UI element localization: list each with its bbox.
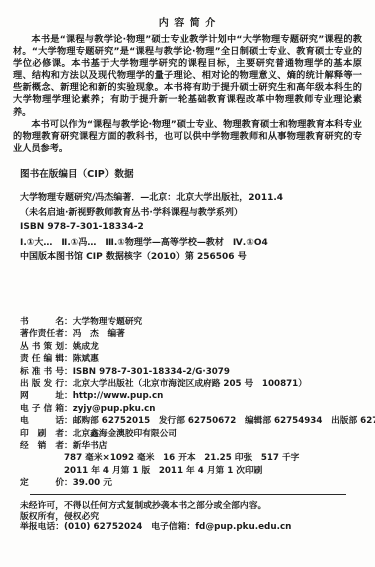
row-label: 网址： xyxy=(20,390,73,402)
row-label: 定价： xyxy=(20,477,73,489)
colophon: 书名：大学物理专题研究 著作责任者：冯 杰 编著 丛书策划：姚成龙 责任编辑：陈… xyxy=(20,316,369,490)
cip-classification: Ⅰ.①大… Ⅱ.①冯… Ⅲ.①物理学—高等学校—教材 Ⅳ.①O4 xyxy=(20,236,363,251)
summary-paragraph-2: 本书可以作为“课程与教学论·物理”硕士专业、物理教育硕士和物理教育本科专业的物理… xyxy=(13,119,362,155)
colophon-row-publisher: 出版发行：北京大学出版社（北京市海淀区成府路 205 号 100871） xyxy=(20,378,369,390)
colophon-row-price: 定价：39.00 元 xyxy=(20,477,369,489)
content-summary: 内 容 简 介 本书是“课程与教学论·物理”硕士专业教学计划中“大学物理专题研究… xyxy=(13,14,362,155)
colophon-row-phone: 电话：邮购部 62752015 发行部 62750672 编辑部 6275493… xyxy=(20,415,369,427)
row-label: 出版发行： xyxy=(20,378,73,390)
row-value: 陈斌惠 xyxy=(73,354,99,364)
row-value: 新华书店 xyxy=(73,441,108,451)
row-value: 姚成龙 xyxy=(73,342,99,352)
row-label: 丛书策划： xyxy=(20,341,73,353)
row-label: 标准书号： xyxy=(20,366,73,378)
row-value: 2011 年 4 月第 1 版 2011 年 4 月第 1 次印刷 xyxy=(64,466,262,476)
colophon-row-website: 网址：http://www.pup.cn xyxy=(20,390,369,402)
colophon-row-email: 电子信箱：zyjy@pup.pku.cn xyxy=(20,403,369,415)
cip-title-line: 大学物理专题研究/冯杰编著．—北京：北京大学出版社，2011.4 xyxy=(20,191,363,206)
row-label: 印刷者： xyxy=(20,428,73,440)
cip-series-line: （未名启迪·新视野教师教育丛书·学科课程与教学系列） xyxy=(20,206,363,221)
row-label xyxy=(20,452,64,464)
cip-section: 图书在版编目（CIP）数据 大学物理专题研究/冯杰编著．—北京：北京大学出版社，… xyxy=(20,166,363,265)
row-value: ISBN 978-7-301-18334-2/G·3079 xyxy=(73,367,230,377)
row-value: zyjy@pup.pku.cn xyxy=(73,404,156,414)
row-value: 39.00 元 xyxy=(73,478,112,488)
copyright-notice: 未经许可，不得以任何方式复制或抄袭本书之部分或全部内容。 版权所有，侵权必究 举… xyxy=(20,501,363,533)
colophon-row-series-planner: 丛书策划：姚成龙 xyxy=(20,341,369,353)
cip-record-number: 中国版本图书馆 CIP 数据核字（2010）第 256506 号 xyxy=(20,250,363,265)
row-value: 大学物理专题研究 xyxy=(73,317,143,327)
row-value: 北京大学出版社（北京市海淀区成府路 205 号 100871） xyxy=(73,379,307,389)
row-value: 邮购部 62752015 发行部 62750672 编辑部 62754934 出… xyxy=(73,416,375,426)
colophon-row-distributor: 经销者：新华书店 xyxy=(20,440,369,452)
row-label: 电子信箱： xyxy=(20,403,73,415)
no-copy-notice: 未经许可，不得以任何方式复制或抄袭本书之部分或全部内容。 xyxy=(20,501,363,512)
colophon-row-format: 787 毫米×1092 毫米 16 开本 21.25 印张 517 千字 xyxy=(20,452,369,464)
colophon-row-isbn: 标准书号：ISBN 978-7-301-18334-2/G·3079 xyxy=(20,366,369,378)
row-value: 787 毫米×1092 毫米 16 开本 21.25 印张 517 千字 xyxy=(64,453,299,463)
colophon-row-author: 著作责任者：冯 杰 编著 xyxy=(20,328,369,340)
divider-line xyxy=(30,494,346,495)
row-label: 著作责任者： xyxy=(20,328,73,340)
copyright-page: 内 容 简 介 本书是“课程与教学论·物理”硕士专业教学计划中“大学物理专题研究… xyxy=(0,0,375,567)
summary-title: 内 容 简 介 xyxy=(13,14,362,29)
row-value: 冯 杰 编著 xyxy=(73,329,125,339)
colophon-row-title: 书名：大学物理专题研究 xyxy=(20,316,369,328)
report-contact-line: 举报电话：(010) 62752024 电子信箱：fd@pup.pku.edu.… xyxy=(20,522,363,533)
row-value: 北京鑫海金澳胶印有限公司 xyxy=(73,429,177,439)
row-value: http://www.pup.cn xyxy=(73,391,164,401)
rights-reserved-notice: 版权所有，侵权必究 xyxy=(20,512,363,523)
row-label: 电话： xyxy=(20,415,73,427)
row-label xyxy=(20,465,64,477)
cip-isbn: ISBN 978-7-301-18334-2 xyxy=(20,220,363,235)
colophon-row-printer: 印刷者：北京鑫海金澳胶印有限公司 xyxy=(20,428,369,440)
summary-paragraph-1: 本书是“课程与教学论·物理”硕士专业教学计划中“大学物理专题研究”课程的教材。“… xyxy=(13,34,362,119)
row-label: 责任编辑： xyxy=(20,353,73,365)
cip-heading: 图书在版编目（CIP）数据 xyxy=(20,166,363,180)
colophon-row-editor: 责任编辑：陈斌惠 xyxy=(20,353,369,365)
row-label: 书名： xyxy=(20,316,73,328)
row-label: 经销者： xyxy=(20,440,73,452)
colophon-row-edition: 2011 年 4 月第 1 版 2011 年 4 月第 1 次印刷 xyxy=(20,465,369,477)
